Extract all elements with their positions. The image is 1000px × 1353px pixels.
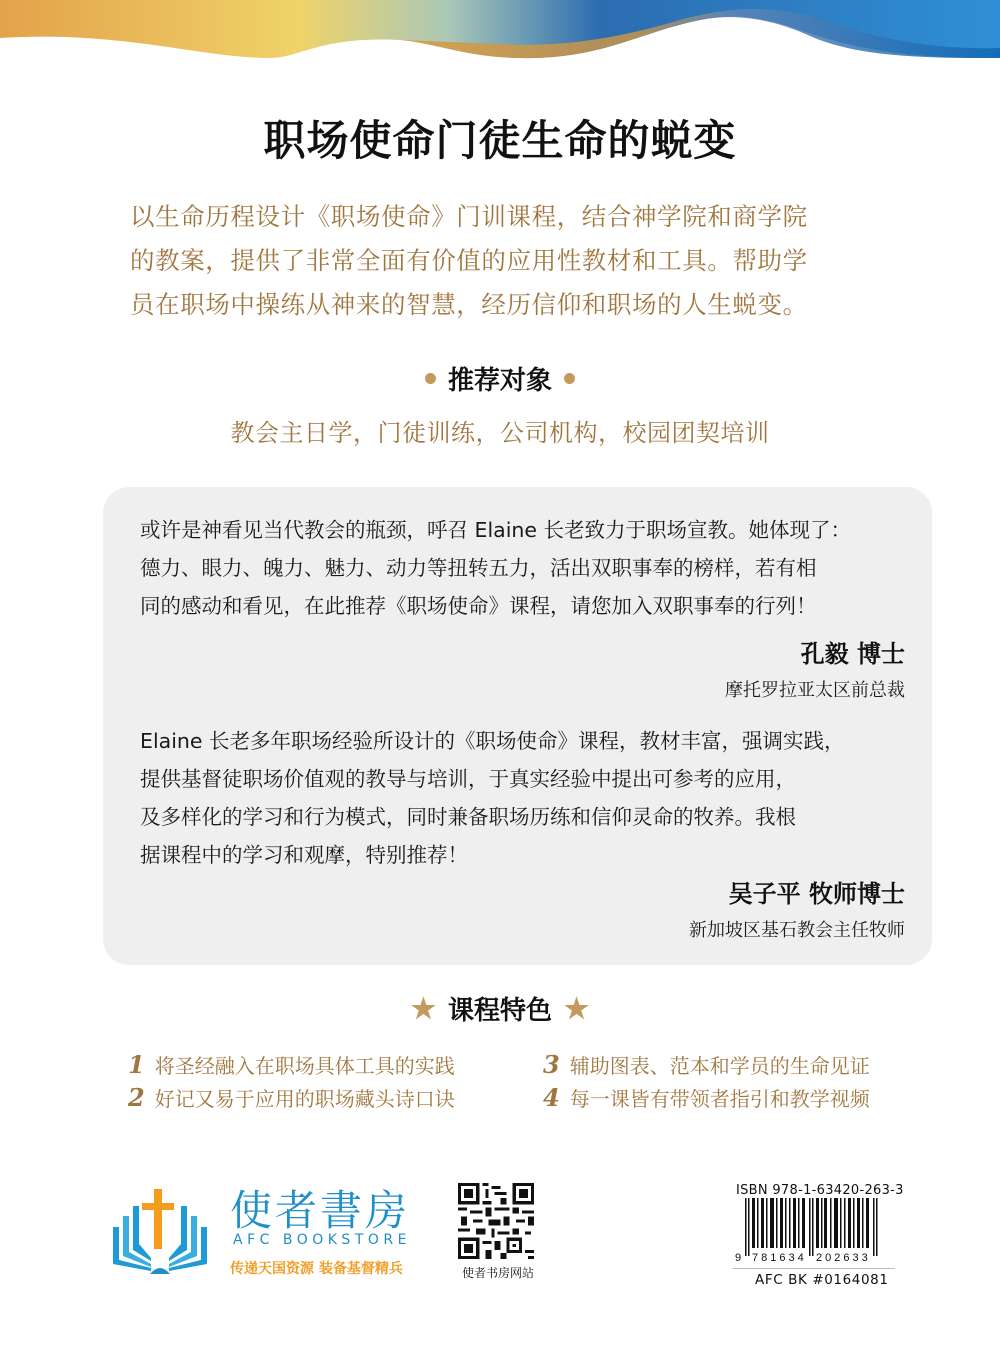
publisher-logo: 使者書房 AFC BOOKSTORE 传递天国资源 装备基督精兵: [105, 1182, 425, 1282]
publisher-name: 使者書房: [230, 1178, 410, 1238]
intro-line: 以生命历程设计《职场使命》门训课程，结合神学院和商学院: [130, 195, 890, 239]
endorsement-line: 及多样化的学习和行为模式，同时兼备职场历练和信仰灵命的牧养。我根: [140, 798, 910, 836]
endorsement-line: Elaine 长老多年职场经验所设计的《职场使命》课程，教材丰富，强调实践，: [140, 722, 910, 760]
endorser-1-name: 孔毅 博士: [801, 634, 905, 669]
endorsement-line: 同的感动和看见，在此推荐《职场使命》课程，请您加入双职事奉的行列！: [140, 587, 910, 625]
star-icon: ★: [411, 995, 436, 1023]
endorsement-line: 据课程中的学习和观摩，特别推荐！: [140, 836, 910, 874]
endorsement-line: 或许是神看见当代教会的瓶颈，呼召 Elaine 长老致力于职场宣教。她体现了：: [140, 511, 910, 549]
bullet-dot-icon: [564, 373, 575, 384]
isbn-label: ISBN 978-1-63420-263-3: [736, 1183, 904, 1198]
divider: [733, 1268, 895, 1269]
intro-line: 员在职场中操练从神来的智慧，经历信仰和职场的人生蜕变。: [130, 283, 890, 327]
catalog-number: AFC BK #0164081: [755, 1272, 889, 1288]
svg-text:781634: 781634: [752, 1252, 807, 1264]
endorsement-1-text: 或许是神看见当代教会的瓶颈，呼召 Elaine 长老致力于职场宣教。她体现了： …: [140, 511, 910, 625]
feature-item: 4 每一课皆有带领者指引和教学视频: [543, 1083, 870, 1112]
endorsement-line: 德力、眼力、魄力、魅力、动力等扭转五力，活出双职事奉的榜样，若有相: [140, 549, 910, 587]
endorser-2-role: 新加坡区基石教会主任牧师: [689, 916, 905, 942]
features-heading: ★ 课程特色 ★: [0, 990, 1000, 1027]
qr-code-icon[interactable]: [458, 1183, 534, 1259]
endorsement-line: 提供基督徒职场价值观的教导与培训，于真实经验中提出可参考的应用，: [140, 760, 910, 798]
publisher-slogan: 传递天国资源 装备基督精兵: [230, 1258, 403, 1278]
audience-heading-text: 推荐对象: [448, 360, 552, 397]
intro-paragraph: 以生命历程设计《职场使命》门训课程，结合神学院和商学院 的教案，提供了非常全面有…: [130, 195, 890, 327]
intro-line: 的教案，提供了非常全面有价值的应用性教材和工具。帮助学: [130, 239, 890, 283]
endorser-1-role: 摩托罗拉亚太区前总裁: [725, 676, 905, 702]
cross-book-icon: [105, 1182, 215, 1274]
svg-text:9: 9: [735, 1252, 741, 1264]
endorsement-2-text: Elaine 长老多年职场经验所设计的《职场使命》课程，教材丰富，强调实践， 提…: [140, 722, 910, 874]
star-icon: ★: [564, 995, 589, 1023]
page-title: 职场使命门徒生命的蜕变: [0, 108, 1000, 168]
isbn-barcode: 9 781634 202633: [733, 1198, 893, 1264]
publisher-english-name: AFC BOOKSTORE: [233, 1232, 411, 1248]
svg-text:202633: 202633: [816, 1252, 871, 1264]
bullet-dot-icon: [425, 373, 436, 384]
audience-text: 教会主日学，门徒训练，公司机构，校园团契培训: [0, 413, 1000, 448]
features-heading-text: 课程特色: [448, 990, 552, 1027]
feature-item: 3 辅助图表、范本和学员的生命见证: [543, 1050, 870, 1079]
audience-heading: 推荐对象: [0, 360, 1000, 397]
qr-code-label: 使者书房网站: [448, 1264, 548, 1281]
decorative-wave-banner: [0, 0, 1000, 70]
feature-item: 2 好记又易于应用的职场藏头诗口诀: [128, 1083, 455, 1112]
endorser-2-name: 吴子平 牧师博士: [729, 874, 905, 909]
feature-item: 1 将圣经融入在职场具体工具的实践: [128, 1050, 455, 1079]
